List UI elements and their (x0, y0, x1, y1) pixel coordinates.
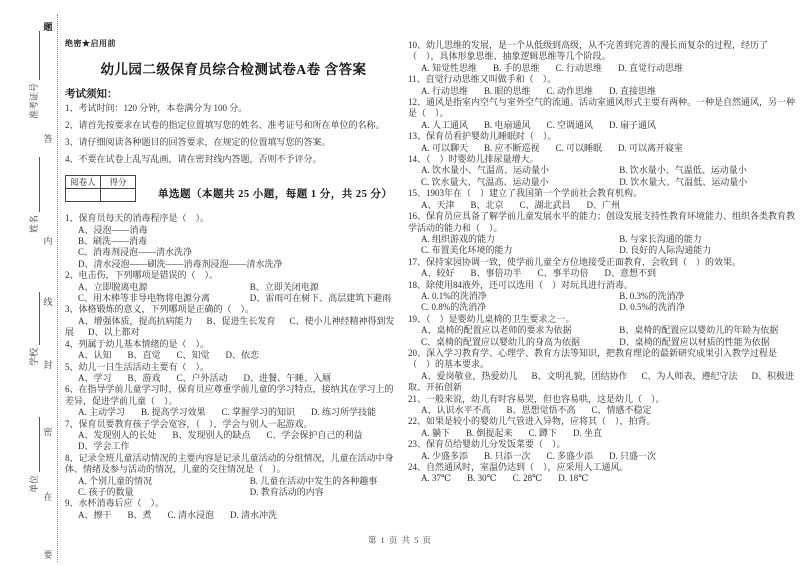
answer-option: B、事倍功半 (471, 268, 522, 279)
answer-option: C、学会保护自己的利益 (267, 430, 363, 441)
question-17: 17、保持家园协调一致，使学前儿童全方位地接受正面教育，会收到（ ）的效果。A、… (408, 257, 795, 280)
exam-notice-item: 4、不要在试卷上乱写乱画，请在密封线内答题，否则不予评分。 (65, 151, 402, 168)
left-column: 绝密★启用前 幼儿园二级保育员综合检测试卷A卷 含答案 考试须知： 1、考试时间… (65, 38, 402, 521)
score-table-cell-grader (66, 189, 101, 202)
seal-char: 答 (42, 134, 54, 145)
answer-option: A. 可以聊天 (421, 143, 468, 154)
answer-option: D. 只盛一次 (609, 451, 656, 462)
option-row: A. 37℃B. 30℃C. 28℃D. 18℃ (408, 473, 795, 484)
answer-option: B、思想觉悟不高 (507, 405, 576, 416)
answer-option: B. 眼的思维 (484, 86, 531, 97)
answer-option: D、以上都对 (88, 327, 140, 337)
answer-option: C. 蹲下 (529, 428, 558, 439)
exam-notice-item: 2、请首先按要求在试卷的指定位置填写您的姓名、准考证号和所在单位的名称。 (65, 117, 402, 134)
question-stem: 16、保育员应具备了解学前儿童发展水平的能力；创设发展支持性教育环境能力、组织各… (408, 211, 795, 234)
question-12: 12、通风是指室内空气与室外空气的流通。活动室通风形式主要有两种。一种是自然通风… (408, 97, 795, 131)
option-row: A、学习B、游戏C、户外活动D、进餐、午睡、入厕 (65, 373, 402, 384)
question-stem: 2、电击伤，下列哪项是错误的（ ）。 (65, 270, 402, 281)
answer-option: A、增强体质，提高抗病能力 (78, 316, 193, 326)
option-row: A、较好B、事倍功半C、事半功倍D、意想不到 (408, 268, 795, 279)
option-row: A、浸泡——消毒 (65, 225, 402, 236)
answer-option: D、清水浸泡——刷洗——消毒剂浸泡——清水洗净 (78, 259, 283, 270)
answer-option: C、情感不稳定 (592, 405, 652, 416)
seal-dotted-line (57, 14, 58, 562)
question-stem: 21、一般来说，幼儿有时容易哭，但也容易哄，这是幼儿（ ）。 (408, 394, 795, 405)
question-6: 6、在指导学前儿童学习时，保育员应尊重学前儿童的学习特点，接纳其在学习上的差异，… (65, 384, 402, 418)
question-stem: 17、保持家园协调一致，使学前儿童全方位地接受正面教育，会收到（ ）的效果。 (408, 257, 795, 268)
question-stem: 23、保育员给婴幼儿分发饭菜要（ ）。 (408, 439, 795, 450)
answer-option: B. 0.3%的洗消净 (619, 291, 795, 302)
answer-option: C、用木棒等非导电物将电源分离 (78, 293, 250, 304)
question-22: 22、如果是较小的婴幼儿气管进入异物，应将其（ ），拍背。A. 躺下B. 倒提起… (408, 416, 795, 439)
question-15: 15、1903年在（ ）建立了我国第一个学前社会教育机构。A、天津B、北京C、湖… (408, 188, 795, 211)
option-row: B、刷洗——消毒 (65, 236, 402, 247)
option-row: A、发现别人的长处B、发现别人的缺点C、学会保护自己的利益D、学会工作 (65, 430, 402, 453)
score-table-cell-score (101, 189, 136, 202)
answer-option: C. 掌握学习的知识 (222, 407, 296, 418)
answer-option: D、意想不到 (605, 268, 657, 279)
answer-option: D. 饮水量大、气温低、运动量小 (619, 177, 795, 188)
question-stem: 8、记录全班儿童活动情况的主要内容是记录儿童活动的分组情况，儿童在活动中身体、情… (65, 453, 402, 476)
answer-option: A、立即脱离电源 (78, 282, 250, 293)
answer-option: A. 行动思维 (421, 86, 468, 97)
page-title: 幼儿园二级保育员综合检测试卷A卷 含答案 (65, 64, 402, 75)
question-stem: 7、保育员要教育孩子学会宽容，（ ），学会与别人一起游戏。 (65, 419, 402, 430)
question-14: 14、（ ）时婴幼儿排尿量增大。A. 饮水量小、气温高、运动量小B. 饮水量小、… (408, 154, 795, 188)
seal-field-label: 学校 (27, 348, 40, 366)
question-stem: 22、如果是较小的婴幼儿气管进入异物，应将其（ ），拍背。 (408, 416, 795, 427)
question-stem: 13、保育员看护婴幼儿睡眠时（ ）。 (408, 131, 795, 142)
answer-option: A. 0.1%的洗消净 (421, 291, 619, 302)
question-24: 24、自然通风时，室温仍达到（ ），应采用人工通风。A. 37℃B. 30℃C.… (408, 462, 795, 485)
question-4: 4、列属于幼儿基本情绪的是（ ）。A、认知B、直觉C、知觉D、依恋 (65, 339, 402, 362)
option-row: A. 主动学习B. 提高学习效果C. 掌握学习的知识D. 练习所学技能 (65, 407, 402, 418)
answer-option: C. 孩子的数量 (78, 487, 250, 498)
seal-field-name: 姓名 (28, 157, 40, 233)
questions-column-left: 1、保育员每天的消毒程序是（ ）。A、浸泡——消毒B、刷洗——消毒C、消毒剂浸泡… (65, 213, 402, 521)
answer-option: C. 28℃ (513, 473, 543, 484)
answer-option: A、学习 (78, 373, 112, 384)
score-row: 阅卷人 得分 单选题（本题共 25 小题，每题 1 分，共 25 分） (65, 175, 402, 202)
option-row: C、消毒剂浸泡——清水洗净 (65, 247, 402, 258)
option-row: C. 孩子的数量D. 教育活动的内容 (65, 487, 402, 498)
option-row: A、增强体质，提高抗病能力B、促进生长发育C、使小儿神经精神得到发展D、以上都对 (65, 316, 402, 339)
answer-option: C. 动作思维 (547, 86, 594, 97)
answer-option: A. 躺下 (421, 428, 450, 439)
answer-option: C、事半功倍 (538, 268, 589, 279)
answer-option: D. 练习所学技能 (311, 407, 376, 418)
option-row: C、桌椅的配置应以婴幼儿的身高为依据D、桌椅的配置应以材质的性能为依据 (408, 337, 795, 348)
answer-option: D. 18℃ (558, 473, 588, 484)
answer-option: B. 儿童在活动中发生的各种趣事 (250, 476, 402, 487)
option-row: A、立即脱离电源B、立即关闭电源 (65, 282, 402, 293)
answer-option: A、擦干 (78, 510, 112, 521)
answer-option: D、学会工作 (78, 441, 130, 452)
question-11: 11、直觉行动思维又叫做手和（ ）。A. 行动思维B. 眼的思维C. 动作思维D… (408, 74, 795, 97)
question-stem: 9、水杯消毒后应（ ）。 (65, 498, 402, 509)
answer-option: D. 0.5%的洗消净 (619, 302, 795, 313)
option-row: A、擦干B、煮C. 清水浸泡D. 清水冲洗 (65, 510, 402, 521)
exam-notice-item: 3、请仔细阅读各种题目的回答要求，在规定的位置填写您的答案。 (65, 134, 402, 151)
option-row: C. 0.8%的洗消净D. 0.5%的洗消净 (408, 302, 795, 313)
option-row: A. 人工通风B. 电扇通风C. 空调通风D. 扇子通风 (408, 120, 795, 131)
answer-option: A. 饮水量小、气温高、运动量小 (421, 165, 619, 176)
option-row: C、用木棒等非导电物将电源分离D、雷雨可在树下、高层建筑下避雨 (65, 293, 402, 304)
question-9: 9、水杯消毒后应（ ）。A、擦干B、煮C. 清水浸泡D. 清水冲洗 (65, 498, 402, 521)
answer-option: D. 教育活动的内容 (250, 487, 402, 498)
answer-option: C. 多盛少添 (547, 451, 594, 462)
option-row: A. 躺下B. 倒提起来C. 蹲下D. 坐直 (408, 428, 795, 439)
option-row: A. 知觉性思维B. 手的思维C. 行动思维D. 直觉行动思维 (408, 63, 795, 74)
question-stem: 10、幼儿思维的发展，是一个从低级到高级，从不完善到完善的漫长而复杂的过程，经历… (408, 40, 795, 63)
answer-option: D. 扇子通风 (609, 120, 656, 131)
option-row: A、爱岗敬业，热爱幼儿B、文明礼貌，团结协作C、为人师表，遵纪守法D、积极进取、… (408, 371, 795, 394)
answer-option: C. 布置美化环境的能力 (421, 245, 619, 256)
question-stem: 24、自然通风时，室温仍达到（ ），应采用人工通风。 (408, 462, 795, 473)
option-row: C. 饮水量大、气温高、运动量小D. 饮水量大、气温低、运动量小 (408, 177, 795, 188)
question-stem: 14、（ ）时婴幼儿排尿量增大。 (408, 154, 795, 165)
question-stem: 19、（ ）是婴幼儿桌椅的卫生要求之一。 (408, 314, 795, 325)
answer-option: D. 直觉行动思维 (618, 63, 683, 74)
answer-option: B. 30℃ (467, 473, 497, 484)
question-5: 5、幼儿一日生活活动主要有（ ）。A、学习B、游戏C、户外活动D、进餐、午睡、入… (65, 362, 402, 385)
answer-option: C、为人师表，遵纪守法 (642, 371, 738, 381)
answer-option: A. 少盛多添 (421, 451, 468, 462)
exam-notice-item: 1、考试时间：120 分钟，本卷满分为 100 分。 (65, 100, 402, 117)
questions-column-right: 10、幼儿思维的发展，是一个从低级到高级，从不完善到完善的漫长而复杂的过程，经历… (408, 40, 795, 485)
option-row: D、清水浸泡——刷洗——消毒剂浸泡——清水洗净 (65, 259, 402, 270)
answer-option: A、认识水平不高 (421, 405, 491, 416)
answer-option: A. 人工通风 (421, 120, 468, 131)
answer-option: D. 可以离开寝室 (618, 143, 683, 154)
seal-char: 密 (42, 427, 54, 438)
question-20: 20、深入学习教育学、心理学、教育方法等知识，把教育理论的最新研究成果引入教学过… (408, 348, 795, 394)
option-row: A. 饮水量小、气温高、运动量小B. 饮水量小、气温低、运动量小 (408, 165, 795, 176)
answer-option: C. 行动思维 (556, 63, 603, 74)
seal-field-unit: 单位 (28, 417, 40, 493)
answer-option: B、游戏 (128, 373, 161, 384)
question-stem: 1、保育员每天的消毒程序是（ ）。 (65, 213, 402, 224)
answer-option: B. 与家长沟通的能力 (619, 234, 795, 245)
answer-option: C、湖北武昌 (520, 200, 571, 211)
score-table-header-grader: 阅卷人 (66, 176, 101, 189)
question-stem: 11、直觉行动思维又叫做手和（ ）。 (408, 74, 795, 85)
answer-option: C. 清水浸泡 (168, 510, 215, 521)
question-stem: 3、体格锻炼的意义，下列哪项是正确的（ ）。 (65, 304, 402, 315)
answer-option: A. 主动学习 (78, 407, 125, 418)
answer-option: A、桌椅的配置应以老师的要求为依据 (421, 325, 619, 336)
option-row: A. 可以聊天B. 应不断巡视C. 可以睡眠D. 可以离开寝室 (408, 143, 795, 154)
answer-option: B、立即关闭电源 (250, 282, 402, 293)
question-3: 3、体格锻炼的意义，下列哪项是正确的（ ）。A、增强体质，提高抗病能力B、促进生… (65, 304, 402, 338)
answer-option: C、桌椅的配置应以婴幼儿的身高为依据 (421, 337, 619, 348)
classification-header: 绝密★启用前 (65, 38, 402, 49)
answer-option: B. 应不断巡视 (484, 143, 540, 154)
exam-paper-page: 题 答 内 线 封 密 在 要 准考证号 姓名 学校 单位 绝密★启用前 幼儿园… (0, 0, 800, 565)
answer-option: D、桌椅的配置应以材质的性能为依据 (619, 337, 795, 348)
answer-option: A、认知 (78, 350, 112, 361)
question-stem: 18、除使用84液外，还可以选用（ ）对玩具进行消毒。 (408, 280, 795, 291)
option-row: A. 行动思维B. 眼的思维C. 动作思维D. 直接思维 (408, 86, 795, 97)
answer-option: B. 提高学习效果 (141, 407, 206, 418)
answer-option: C、知觉 (177, 350, 210, 361)
answer-option: A、较好 (421, 268, 455, 279)
answer-option: B、刷洗——消毒 (78, 236, 147, 247)
answer-option: A、天津 (421, 200, 455, 211)
answer-option: B. 电扇通风 (484, 120, 531, 131)
exam-notice-heading: 考试须知： (65, 89, 402, 100)
question-stem: 5、幼儿一日生活活动主要有（ ）。 (65, 362, 402, 373)
seal-char: 在 (42, 492, 54, 503)
blank-line (29, 31, 40, 80)
answer-option: D、雷雨可在树下、高层建筑下避雨 (250, 293, 402, 304)
blank-line (29, 157, 40, 212)
seal-field-label: 姓名 (27, 215, 40, 233)
question-13: 13、保育员看护婴幼儿睡眠时（ ）。A. 可以聊天B. 应不断巡视C. 可以睡眠… (408, 131, 795, 154)
question-stem: 4、列属于幼儿基本情绪的是（ ）。 (65, 339, 402, 350)
blank-line (29, 292, 40, 345)
seal-char: 封 (42, 360, 54, 371)
score-table: 阅卷人 得分 (65, 175, 136, 202)
answer-option: C、消毒剂浸泡——清水洗净 (78, 247, 192, 258)
question-stem: 12、通风是指室内空气与室外空气的流通。活动室通风形式主要有两种。一种是自然通风… (408, 97, 795, 120)
answer-option: B. 只添一次 (484, 451, 531, 462)
option-row: A、认识水平不高B、思想觉悟不高C、情感不稳定 (408, 405, 795, 416)
answer-option: B. 倒提起来 (466, 428, 513, 439)
option-row: A、桌椅的配置应以老师的要求为依据B、桌椅的配置应以婴幼儿的年龄为依据 (408, 325, 795, 336)
answer-option: C. 空调通风 (547, 120, 594, 131)
seal-field-admission-number: 准考证号 (28, 31, 40, 119)
option-row: A、天津B、北京C、湖北武昌D、广州 (408, 200, 795, 211)
question-stem: 6、在指导学前儿童学习时，保育员应尊重学前儿童的学习特点，接纳其在学习上的差异，… (65, 384, 402, 407)
answer-option: B. 饮水量小、气温低、运动量小 (619, 165, 795, 176)
answer-option: B、文明礼貌，团结协作 (532, 371, 628, 381)
option-row: A. 0.1%的洗消净B. 0.3%的洗消净 (408, 291, 795, 302)
answer-option: B. 手的思维 (493, 63, 540, 74)
question-8: 8、记录全班儿童活动情况的主要内容是记录儿童活动的分组情况，儿童在活动中身体、情… (65, 453, 402, 499)
answer-option: B、促进生长发育 (207, 316, 276, 326)
seal-char: 题 (42, 22, 54, 33)
seal-char: 线 (42, 297, 54, 308)
right-column: 10、幼儿思维的发展，是一个从低级到高级，从不完善到完善的漫长而复杂的过程，经历… (408, 40, 795, 485)
option-row: C. 布置美化环境的能力D. 良好的人际沟通能力 (408, 245, 795, 256)
answer-option: D. 直接思维 (609, 86, 656, 97)
answer-option: C. 可以睡眠 (556, 143, 603, 154)
answer-option: B、北京 (471, 200, 504, 211)
answer-option: D、进餐、午睡、入厕 (244, 373, 332, 384)
answer-option: B、发现别人的缺点 (173, 430, 251, 441)
blank-line (29, 417, 40, 472)
answer-option: A. 组织游戏的能力 (421, 234, 619, 245)
option-row: A、认知B、直觉C、知觉D、依恋 (65, 350, 402, 361)
answer-option: A、爱岗敬业，热爱幼儿 (421, 371, 518, 381)
question-19: 19、（ ）是婴幼儿桌椅的卫生要求之一。A、桌椅的配置应以老师的要求为依据B、桌… (408, 314, 795, 348)
answer-option: B、直觉 (128, 350, 161, 361)
answer-option: D、依恋 (226, 350, 260, 361)
answer-option: A、浸泡——消毒 (78, 225, 148, 236)
question-2: 2、电击伤，下列哪项是错误的（ ）。A、立即脱离电源B、立即关闭电源C、用木棒等… (65, 270, 402, 304)
question-1: 1、保育员每天的消毒程序是（ ）。A、浸泡——消毒B、刷洗——消毒C、消毒剂浸泡… (65, 213, 402, 270)
question-7: 7、保育员要教育孩子学会宽容，（ ），学会与别人一起游戏。A、发现别人的长处B、… (65, 419, 402, 453)
seal-char: 内 (42, 236, 54, 247)
answer-option: A、发现别人的长处 (78, 430, 157, 441)
answer-option: A. 知觉性思维 (421, 63, 477, 74)
answer-option: C、户外活动 (177, 373, 228, 384)
option-row: A. 组织游戏的能力B. 与家长沟通的能力 (408, 234, 795, 245)
seal-char: 要 (42, 550, 54, 561)
question-stem: 20、深入学习教育学、心理学、教育方法等知识，把教育理论的最新研究成果引入教学过… (408, 348, 795, 371)
answer-option: D. 清水冲洗 (230, 510, 277, 521)
option-row: A. 少盛多添B. 只添一次C. 多盛少添D. 只盛一次 (408, 451, 795, 462)
seal-field-school: 学校 (28, 292, 40, 366)
answer-option: A. 个别儿童的情况 (78, 476, 250, 487)
option-row: A. 个别儿童的情况B. 儿童在活动中发生的各种趣事 (65, 476, 402, 487)
answer-option: D. 坐直 (573, 428, 602, 439)
answer-option: B、煮 (128, 510, 152, 521)
question-10: 10、幼儿思维的发展，是一个从低级到高级，从不完善到完善的漫长而复杂的过程，经历… (408, 40, 795, 74)
seal-field-label: 准考证号 (27, 83, 40, 119)
answer-option: D. 良好的人际沟通能力 (619, 245, 795, 256)
question-21: 21、一般来说，幼儿有时容易哭，但也容易哄，这是幼儿（ ）。A、认识水平不高B、… (408, 394, 795, 417)
question-16: 16、保育员应具备了解学前儿童发展水平的能力；创设发展支持性教育环境能力、组织各… (408, 211, 795, 257)
answer-option: C. 饮水量大、气温高、运动量小 (421, 177, 619, 188)
section-heading: 单选题（本题共 25 小题，每题 1 分，共 25 分） (158, 189, 393, 202)
score-table-header-score: 得分 (101, 176, 136, 189)
question-18: 18、除使用84液外，还可以选用（ ）对玩具进行消毒。A. 0.1%的洗消净B.… (408, 280, 795, 314)
seal-field-label: 单位 (27, 475, 40, 493)
question-23: 23、保育员给婴幼儿分发饭菜要（ ）。A. 少盛多添B. 只添一次C. 多盛少添… (408, 439, 795, 462)
answer-option: C. 0.8%的洗消净 (421, 302, 619, 313)
answer-option: A. 37℃ (421, 473, 451, 484)
answer-option: D、广州 (587, 200, 621, 211)
question-stem: 15、1903年在（ ）建立了我国第一个学前社会教育机构。 (408, 188, 795, 199)
page-number-footer: 第 1 页 共 5 页 (0, 534, 800, 546)
answer-option: B、桌椅的配置应以婴幼儿的年龄为依据 (619, 325, 795, 336)
